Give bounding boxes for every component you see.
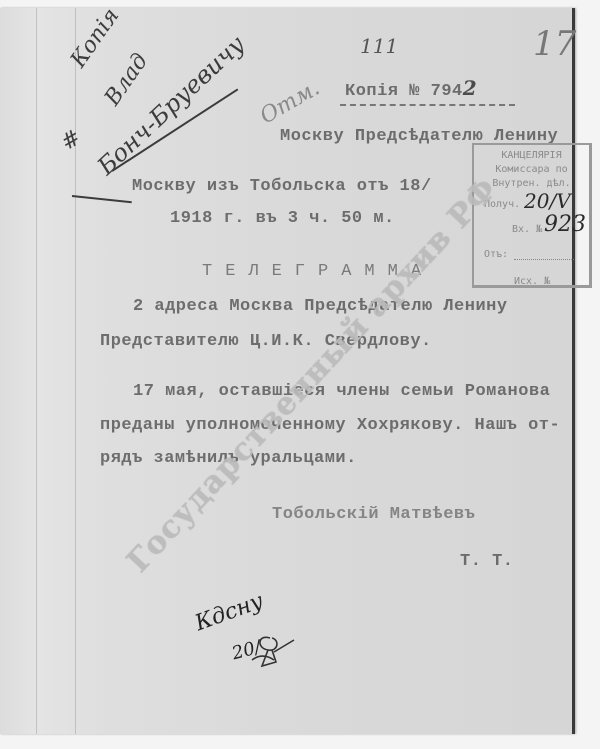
stamp-title-1: КАНЦЕЛЯРIЯ (474, 149, 589, 163)
recipient-line-2: Представителю Ц.И.К. Свердлову. (100, 332, 432, 351)
registry-stamp: КАНЦЕЛЯРIЯ Комиссара по Внутрен. дѣл. По… (472, 143, 592, 288)
body-line-2: преданы уполномоченному Хохрякову. Нашъ … (100, 416, 560, 435)
copy-number-handwritten: 2 (463, 76, 477, 100)
stamp-from-label: Отъ: (484, 249, 508, 260)
stamp-title-2: Комиссара по (474, 163, 589, 177)
stamp-outgoing-label: Исх. № (514, 276, 550, 287)
stamp-incoming-label: Вх. № (484, 224, 542, 235)
stamp-outgoing-field: Исх. № (474, 276, 589, 287)
stamp-incoming-field: Вх. № 923 (474, 224, 589, 235)
initials: Т. Т. (460, 552, 514, 571)
dashed-rule (340, 104, 515, 106)
body-line-1: 17 мая, оставшiеся члены семьи Романова (133, 382, 550, 401)
handwritten-number-111: 111 (360, 34, 398, 58)
stamp-from-field: Отъ: (474, 249, 589, 260)
stamp-from-dots (514, 249, 574, 260)
signature: Тобольскiй Матвѣевъ (272, 505, 475, 524)
recipient-line-1: 2 адреса Москва Предсѣдателю Ленину (133, 297, 508, 316)
stamp-received-value: 20/V (524, 189, 571, 213)
copy-number-typed: 794 (431, 82, 463, 101)
copy-label: Копiя № 7942 (345, 76, 477, 101)
origin-line: Москву изъ Тобольска отъ 18/ (132, 177, 432, 196)
fold-line (75, 8, 76, 734)
stamp-incoming-value: 923 (544, 212, 586, 237)
handwritten-page-17: 17 (533, 24, 576, 64)
handwritten-signature-scribble (248, 630, 298, 675)
time-line: 1918 г. въ 3 ч. 50 м. (170, 209, 395, 228)
copy-label-text: Копiя № (345, 82, 420, 101)
fold-line (36, 8, 37, 734)
